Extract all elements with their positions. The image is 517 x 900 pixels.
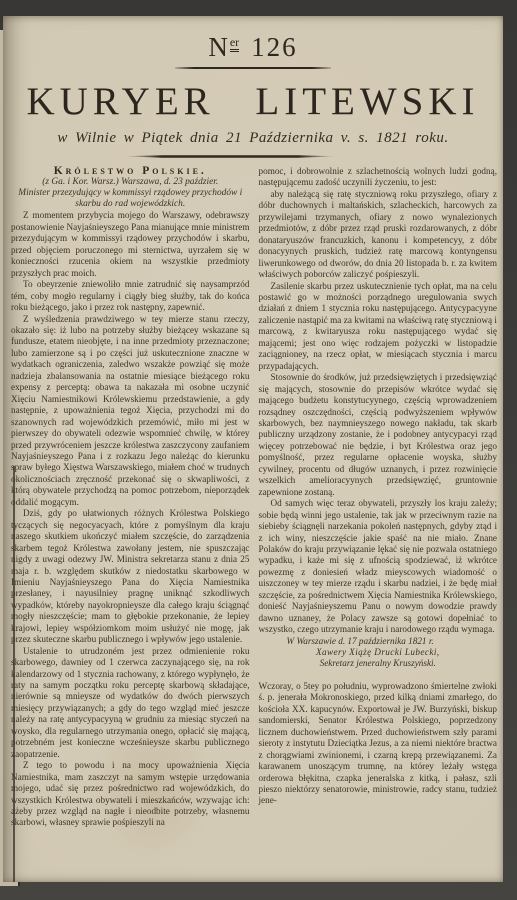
paragraph: Z wyśledzenia prawdziwego w tey mierze s…: [11, 314, 250, 509]
issue-number-value: 126: [251, 32, 298, 62]
signature-secretary: Sekretarz jeneralny Kruszyński.: [259, 658, 498, 669]
paragraph: Ustalenie to utrudzoném jest przez odmie…: [11, 646, 250, 761]
right-column-body: pomoc, i dobrowolnie z szlachetnością wo…: [259, 166, 498, 636]
article-source-line: (z Ga. i Kor. Warsz.) Warszawa, d. 23 pa…: [11, 177, 250, 188]
paragraph: Od samych więc teraz obywateli, przyszły…: [259, 498, 498, 635]
paragraph: Dziś, gdy po ułatwionych różnych Królest…: [11, 508, 250, 645]
signature-dateline: W Warszawie d. 17 października 1821 r.: [259, 636, 498, 647]
issue-number: Ner126: [3, 32, 503, 63]
paragraph: Wczoray, o 5tey po południu, wyprowadzon…: [259, 681, 498, 807]
paragraph: Zasilenie skarbu przez uskutecznienie ty…: [259, 281, 498, 373]
masthead-dateline: w Wilnie w Piątek dnia 21 Października v…: [3, 130, 503, 147]
paragraph: aby należącą się ratę styczniową roku pr…: [259, 189, 498, 281]
paragraph: Z tego to powodu i na mocy upoważnienia …: [11, 760, 250, 829]
issue-prefix: N: [208, 32, 230, 62]
masthead-short-rule: [175, 67, 331, 69]
news-item: Wczoray, o 5tey po południu, wyprowadzon…: [259, 681, 498, 807]
paragraph: pomoc, i dobrowolnie z szlachetnością wo…: [259, 166, 498, 189]
newspaper-page: Ner126 KURYER LITEWSKI w Wilnie w Piątek…: [3, 16, 503, 882]
paragraph: To obeyrzenie zniewoliło mnie zatrudnić …: [11, 279, 250, 313]
signature-name: Xawery Xiążę Drucki Lubecki,: [259, 647, 498, 658]
left-column-body: Z momentem przybycia mojego do Warszawy,…: [11, 210, 250, 828]
paragraph: Z momentem przybycia mojego do Warszawy,…: [11, 210, 250, 279]
section-heading: Królestwo Polskie.: [11, 166, 250, 177]
text-columns: Królestwo Polskie. (z Ga. i Kor. Warsz.)…: [3, 158, 503, 829]
scan-background: { "masthead": { "issue_prefix": "N", "is…: [0, 0, 517, 900]
paragraph: Stosownie do środków, już przedsięwzięty…: [259, 372, 498, 498]
newspaper-title: KURYER LITEWSKI: [3, 79, 503, 124]
right-column: pomoc, i dobrowolnie z szlachetnością wo…: [259, 166, 498, 829]
article-subtitle: Minister przezydujący w kommissyi rządow…: [11, 188, 250, 210]
masthead: Ner126 KURYER LITEWSKI w Wilnie w Piątek…: [3, 16, 503, 158]
issue-superscript: er: [230, 35, 239, 52]
left-column: Królestwo Polskie. (z Ga. i Kor. Warsz.)…: [11, 166, 250, 829]
